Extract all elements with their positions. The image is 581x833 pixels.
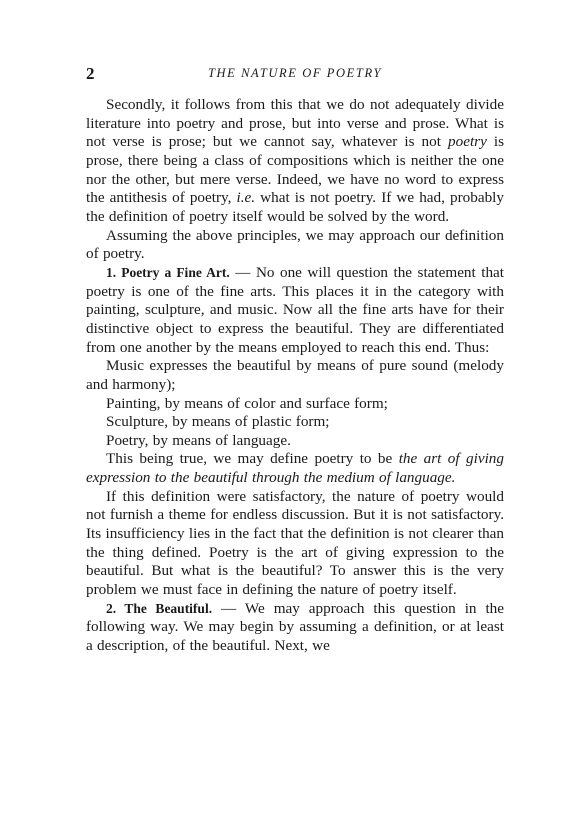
paragraph-assuming: Assuming the above principles, we may ap… bbox=[86, 227, 504, 264]
list-item-poetry: Poetry, by means of language. bbox=[86, 432, 504, 451]
book-page: 2 THE NATURE OF POETRY Secondly, it foll… bbox=[86, 60, 504, 656]
running-head: 2 THE NATURE OF POETRY bbox=[86, 60, 504, 84]
paragraph-definition: This being true, we may define poetry to… bbox=[86, 450, 504, 487]
body-text: Secondly, it follows from this that we d… bbox=[86, 96, 504, 656]
section-1-paragraph: 1. Poetry a Fine Art. — No one will ques… bbox=[86, 264, 504, 357]
section-heading-beautiful: 2. The Beautiful. bbox=[106, 601, 212, 616]
paragraph-insufficiency: If this definition were satisfactory, th… bbox=[86, 488, 504, 600]
list-item-sculpture: Sculpture, by means of plastic form; bbox=[86, 413, 504, 432]
paragraph-prose-verse: Secondly, it follows from this that we d… bbox=[86, 96, 504, 227]
list-item-painting: Painting, by means of color and surface … bbox=[86, 395, 504, 414]
list-item-music: Music expresses the beautiful by means o… bbox=[86, 357, 504, 394]
section-heading-fine-art: 1. Poetry a Fine Art. bbox=[106, 265, 230, 280]
running-title: THE NATURE OF POETRY bbox=[86, 66, 504, 81]
section-2-paragraph: 2. The Beautiful. — We may approach this… bbox=[86, 600, 504, 656]
